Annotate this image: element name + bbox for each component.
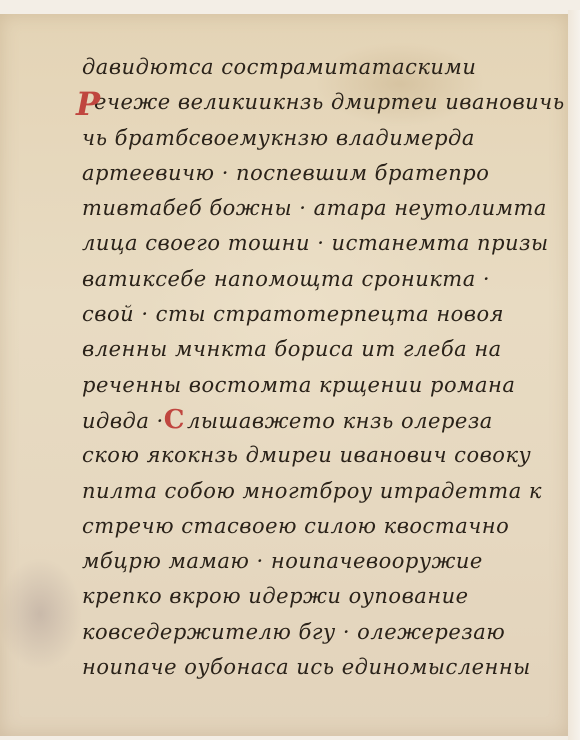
text-line-10: реченны востомта крщении романа — [82, 368, 552, 403]
text-line-2: Речеже великиикнзь дмиртеи ивановичь — [82, 85, 552, 120]
text-line-17: ковседержителю бгу · олежерезаю — [82, 615, 552, 650]
text-line-9: вленны мчнкта бориса ит глеба на — [82, 332, 552, 367]
text-line-6: лица своего тошни · истанемта призы — [82, 226, 552, 261]
red-initial-s: С — [164, 405, 185, 435]
text-line-14: стречю стасвоею силою квостачно — [82, 509, 552, 544]
text-line-1: давидютса сострамитатаскими — [82, 50, 552, 85]
text-line-11: идвда · Слышавжето кнзь олереза — [82, 403, 552, 438]
text-line-5: тивтабеб божны · атара неутолимта — [82, 191, 552, 226]
text-line-3: чь братбсвоемукнзю владимерда — [82, 121, 552, 156]
text-line-4: артеевичю · поспевшим братепро — [82, 156, 552, 191]
text-line-16: крепко вкрою идержи оупование — [82, 579, 552, 614]
manuscript-page: давидютса сострамитатаскими Речеже велик… — [0, 14, 568, 736]
text-line-18: ноипаче оубонаса ись единомысленны — [82, 650, 552, 685]
manuscript-text: давидютса сострамитатаскими Речеже велик… — [82, 50, 552, 685]
red-initial-r: Р — [76, 87, 101, 122]
text-line-7: ватиксебе напомощта сроникта · — [82, 262, 552, 297]
text-line-12: скою якокнзь дмиреи иванович совоку — [82, 438, 552, 473]
text-line-13: пилта собою многтброу итрадетта к — [82, 474, 552, 509]
page-edge — [568, 10, 580, 740]
text-line-8: свой · сты стратотерпецта новоя — [82, 297, 552, 332]
text-line-15: мбцрю мамаю · ноипачевооружие — [82, 544, 552, 579]
